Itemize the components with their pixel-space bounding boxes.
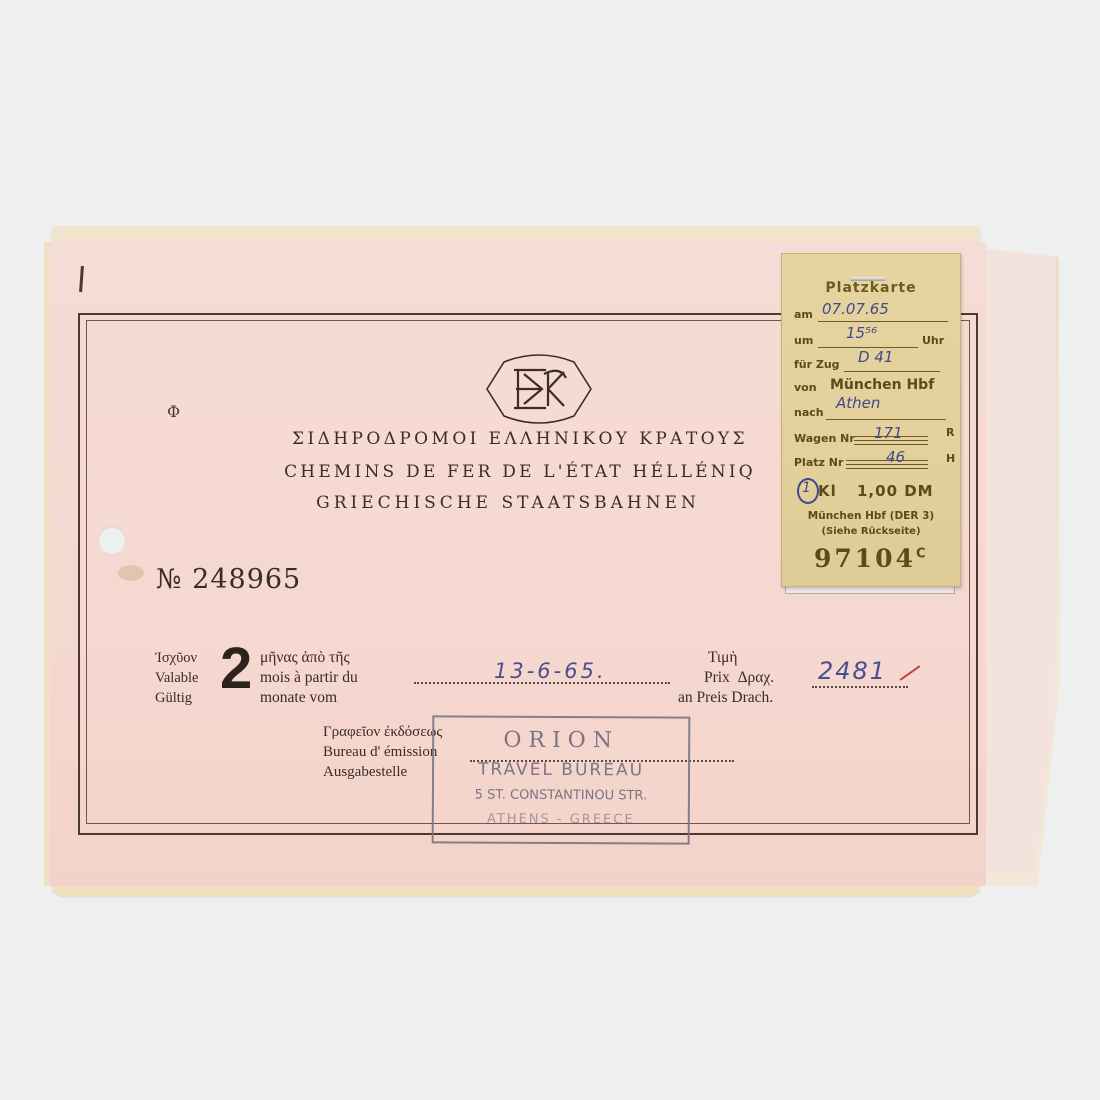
issuing-office-label-greek: Γραφεῖον ἐκδόσεως: [323, 722, 442, 742]
serial-suffix: C: [916, 547, 929, 562]
issuing-agency: München Hbf (DER 3): [782, 510, 960, 522]
wagen-line-3: [854, 444, 928, 445]
price-label-german: an Preis Drach.: [678, 688, 774, 708]
um-label: um: [794, 334, 813, 347]
issuing-office-label-german: Ausgabestelle: [323, 762, 442, 782]
nach-label: nach: [794, 406, 824, 419]
issuing-office-label-french: Bureau d' émission: [323, 742, 442, 762]
organization-greek: ΣΙΔΗΡΟΔΡΟΜΟΙ ΕΛΛΗΝΙΚΟΥ ΚΡΑΤΟΥΣ: [230, 429, 810, 449]
am-label: am: [794, 308, 813, 321]
phi-symbol: Φ: [167, 402, 180, 421]
platzkarte-serial: 97104C: [814, 544, 929, 573]
months-label-greek: μῆνας ἀπὸ τῆς: [260, 648, 358, 668]
price-labels: Τιμὴ Prix Δραχ. an Preis Drach.: [678, 648, 774, 708]
price-label-french: Prix Δραχ.: [678, 668, 774, 688]
platz-line-3: [846, 468, 928, 469]
price-label-greek: Τιμὴ: [678, 648, 774, 668]
class-value: 1: [802, 480, 811, 496]
am-value: 07.07.65: [822, 300, 889, 318]
paper-stain: [118, 565, 144, 581]
platz-label: Platz Nr: [794, 456, 843, 469]
organization-french: CHEMINS DE FER DE L'ÉTAT HÉLLÉNIQ: [230, 462, 810, 482]
zug-value: D 41: [858, 348, 893, 366]
issuing-office-labels: Γραφεῖον ἐκδόσεως Bureau d' émission Aus…: [323, 722, 442, 782]
punch-hole: [98, 526, 126, 554]
ticket-number: № 248965: [156, 564, 301, 595]
nach-line: [826, 419, 946, 420]
class-and-price: Kl 1,00 DM: [818, 482, 934, 500]
ticket-number-value: 248965: [192, 564, 301, 595]
stamp-city: ATHENS - GREECE: [434, 811, 688, 827]
months-label-french: mois à partir du: [260, 668, 358, 688]
wagen-label: Wagen Nr: [794, 432, 855, 445]
validity-label-german: Gültig: [155, 688, 198, 708]
zug-line: [844, 371, 940, 372]
validity-label-greek: Ἰσχῦον: [155, 648, 198, 668]
um-value: 15⁵⁶: [846, 324, 877, 342]
months-labels: μῆνας ἀπὸ τῆς mois à partir du monate vo…: [260, 648, 358, 708]
stamp-name: ORION: [434, 727, 688, 753]
months-label-german: monate vom: [260, 688, 358, 708]
wagen-value: 171: [874, 424, 903, 442]
validity-date: 13-6-65.: [494, 659, 607, 683]
validity-months: 2: [220, 640, 252, 698]
uhr-label: Uhr: [922, 334, 944, 347]
railway-monogram-logo-icon: [484, 350, 594, 428]
h-label: H: [946, 452, 955, 465]
validity-labels: Ἰσχῦον Valable Gültig: [155, 648, 198, 708]
von-label: von: [794, 381, 817, 394]
platz-value: 46: [886, 448, 905, 466]
validity-label-french: Valable: [155, 668, 198, 688]
am-line: [818, 321, 948, 322]
platzkarte-title: Platzkarte: [782, 280, 960, 296]
von-value: München Hbf: [830, 377, 934, 393]
price-value: 2481: [818, 657, 887, 685]
class-label: Kl: [818, 482, 837, 500]
platzkarte-price: 1,00 DM: [857, 482, 934, 500]
serial-number: 97104: [814, 544, 916, 573]
nach-value: Athen: [836, 394, 880, 412]
number-sign: №: [156, 564, 183, 595]
price-dotted-line: [812, 686, 908, 688]
r-label: R: [946, 426, 954, 439]
stamp-subtitle: TRAVEL BUREAU: [434, 759, 688, 780]
stamp-address: 5 ST. CONSTANTINOU STR.: [434, 787, 688, 803]
see-reverse-note: (Siehe Rückseite): [782, 526, 960, 537]
organization-german: GRIECHISCHE STAATSBAHNEN: [218, 493, 798, 513]
platzkarte-seat-reservation: Platzkarte am 07.07.65 um 15⁵⁶ Uhr für Z…: [781, 253, 961, 587]
zug-label: für Zug: [794, 358, 840, 371]
travel-bureau-stamp: ORION TRAVEL BUREAU 5 ST. CONSTANTINOU S…: [432, 715, 691, 844]
